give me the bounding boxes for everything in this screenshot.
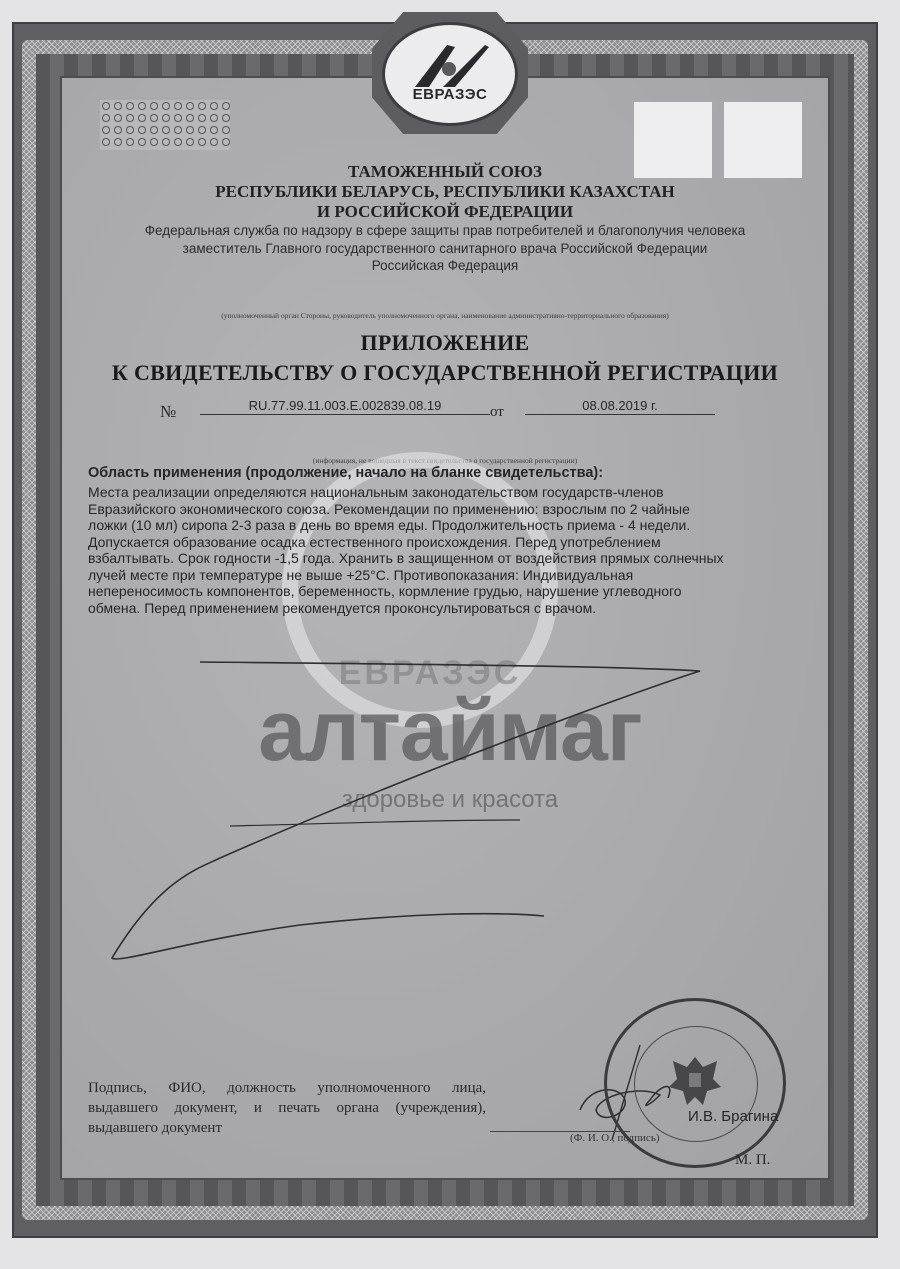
signatory-name: И.В. Брагина (688, 1108, 778, 1125)
fio-caption: (Ф. И. О., подпись) (570, 1132, 660, 1144)
signature-label: Подпись, ФИО, должность уполномоченного … (88, 1078, 486, 1138)
stamp-mark: М. П. (735, 1152, 770, 1169)
